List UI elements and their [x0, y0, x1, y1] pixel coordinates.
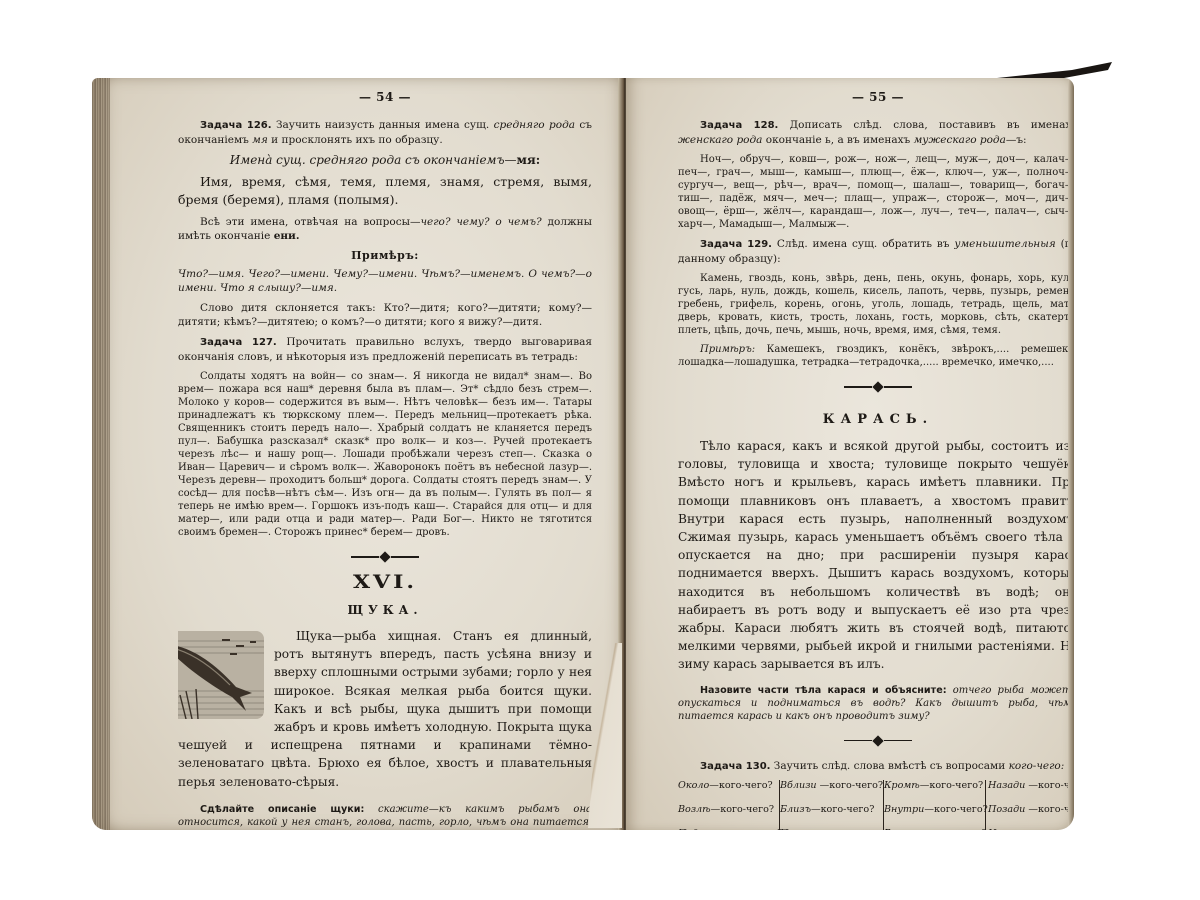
chapter-number: XVI. — [178, 576, 592, 588]
preposition-entry: Внутри—кого-чего? — [884, 804, 982, 828]
pike-story: Щука—рыба хищная. Станъ ея длинный, ротъ… — [178, 627, 592, 791]
preposition-entry: Около—кого-чего? — [678, 780, 776, 804]
preposition-entry: Близъ—кого-чего? — [780, 804, 880, 828]
ornament-divider — [678, 383, 1074, 391]
task-129-body: Камень, гвоздь, конь, звѣрь, день, пень,… — [678, 272, 1074, 337]
prepositions-column-3: Кромѣ—кого-чего? Внутри—кого-чего? Внутр… — [884, 780, 986, 830]
carp-exercise: Назовите части тѣла карася и объясните: … — [678, 684, 1074, 723]
prepositions-table: Около—кого-чего? Возлѣ—кого-чего? Подлѣ … — [678, 780, 1074, 830]
example-label: Примѣръ: — [178, 249, 592, 263]
preposition-entry: Внутрь—кого-чего? — [884, 828, 982, 830]
right-page: — 55 — Задача 128. Дописать слѣд. слова,… — [626, 78, 1074, 830]
task-128-body: Ноч—, обруч—, ковш—, рож—, нож—, лещ—, м… — [678, 153, 1074, 231]
fish-icon — [178, 631, 264, 719]
task-label: Задача 126. — [200, 120, 272, 131]
prepositions-column-2: Вблизи —кого-чего? Близъ—кого-чего? Прот… — [780, 780, 884, 830]
pike-exercise: Сдѣлайте описаніе щуки: скажите—къ каким… — [178, 803, 592, 830]
left-page: — 54 — Задача 126. Заучить наизусть данн… — [92, 78, 622, 830]
word-list: Имя, время, сѣмя, темя, племя, знамя, ст… — [178, 173, 592, 209]
preposition-entry: Противъ—кого-чего? — [780, 828, 880, 830]
preposition-entry: Кромѣ—кого-чего? — [884, 780, 982, 804]
preposition-entry: Направо отъ кого-чего? — [988, 828, 1074, 830]
preposition-entry: Возлѣ—кого-чего? — [678, 804, 776, 828]
open-book: — 54 — Задача 126. Заучить наизусть данн… — [92, 58, 1142, 838]
prepositions-column-4: Назади —кого-чего? Позади —кого-чего? На… — [986, 780, 1074, 830]
example-text: Что?—имя. Чего?—имени. Чему?—имени. Чѣмъ… — [178, 267, 592, 295]
task-129-example: Примѣръ: Камешекъ, гвоздикъ, конёкъ, звѣ… — [678, 343, 1074, 369]
page-number: — 55 — — [678, 90, 1074, 104]
task-label: Задача 128. — [700, 120, 778, 131]
ornament-divider — [178, 553, 592, 561]
task-label: Задача 127. — [200, 337, 277, 348]
preposition-entry: Позади —кого-чего? — [988, 804, 1074, 828]
task-129: Задача 129. Слѣд. имена сущ. обратить въ… — [678, 237, 1074, 266]
task-130: Задача 130. Заучить слѣд. слова вмѣстѣ с… — [678, 759, 1074, 774]
pike-illustration — [178, 631, 264, 719]
subheading: Имена̀ сущ. средняго рода съ окончаніемъ… — [178, 153, 592, 167]
carp-story-text: Тѣло карася, какъ и всякой другой рыбы, … — [678, 437, 1074, 674]
task-label: Задача 130. — [700, 761, 770, 772]
task-126: Задача 126. Заучить наизусть данныя имен… — [178, 118, 592, 147]
section-title: ЩУКА. — [178, 603, 592, 617]
preposition-entry: Подлѣ — кого-чего? — [678, 828, 776, 830]
page-number: — 54 — — [178, 90, 592, 104]
section-title: КАРАСЬ. — [678, 413, 1074, 427]
ornament-divider — [678, 737, 1074, 745]
preposition-entry: Назади —кого-чего? — [988, 780, 1074, 804]
task-128: Задача 128. Дописать слѣд. слова, постав… — [678, 118, 1074, 147]
prepositions-column-1: Около—кого-чего? Возлѣ—кого-чего? Подлѣ … — [678, 780, 780, 830]
rule-text: Всѣ эти имена, отвѣчая на вопросы—чего? … — [178, 215, 592, 243]
preposition-entry: Вблизи —кого-чего? — [780, 780, 880, 804]
ditya-declension: Слово дитя склоняется такъ: Кто?—дитя; к… — [178, 301, 592, 329]
task-127-body: Солдаты ходятъ на войн— со знам—. Я нико… — [178, 370, 592, 539]
task-label: Задача 129. — [700, 239, 772, 250]
task-127: Задача 127. Прочитать правильно вслухъ, … — [178, 335, 592, 364]
